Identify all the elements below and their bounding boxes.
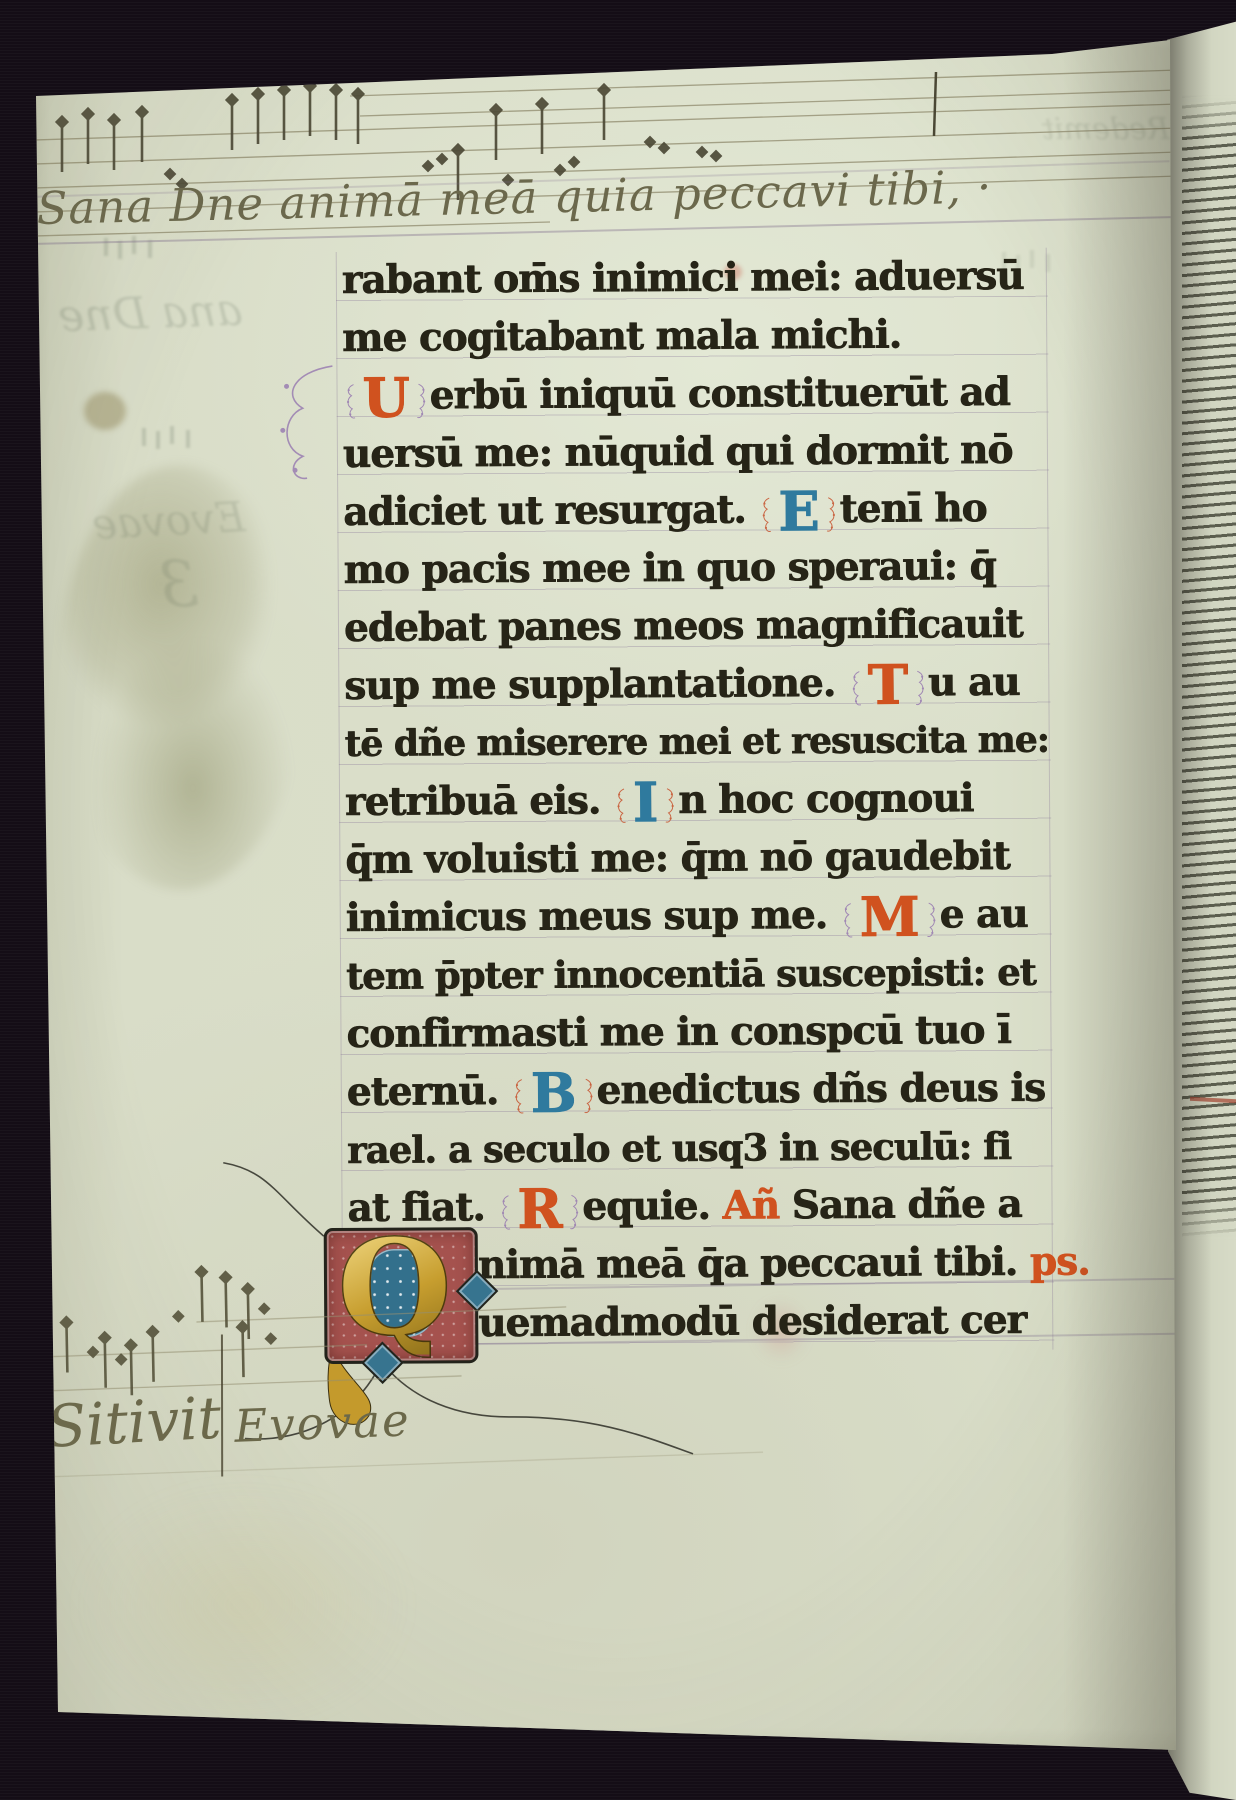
neume-notes: [58, 1263, 278, 1396]
bottom-music-wrapper: Sitivit Evovae: [0, 0, 1236, 1800]
manuscript-page: ana Dne Evovae 3 Redemit: [0, 0, 1236, 1800]
chant-evovae: Evovae: [234, 1393, 412, 1452]
manuscript-photo: ana Dne Evovae 3 Redemit: [0, 0, 1236, 1800]
chant-incipit-sitivit: Sitivit: [45, 1384, 223, 1461]
text-divider-line: [221, 1335, 223, 1477]
music-staff-bottom: [29, 1233, 1183, 1495]
